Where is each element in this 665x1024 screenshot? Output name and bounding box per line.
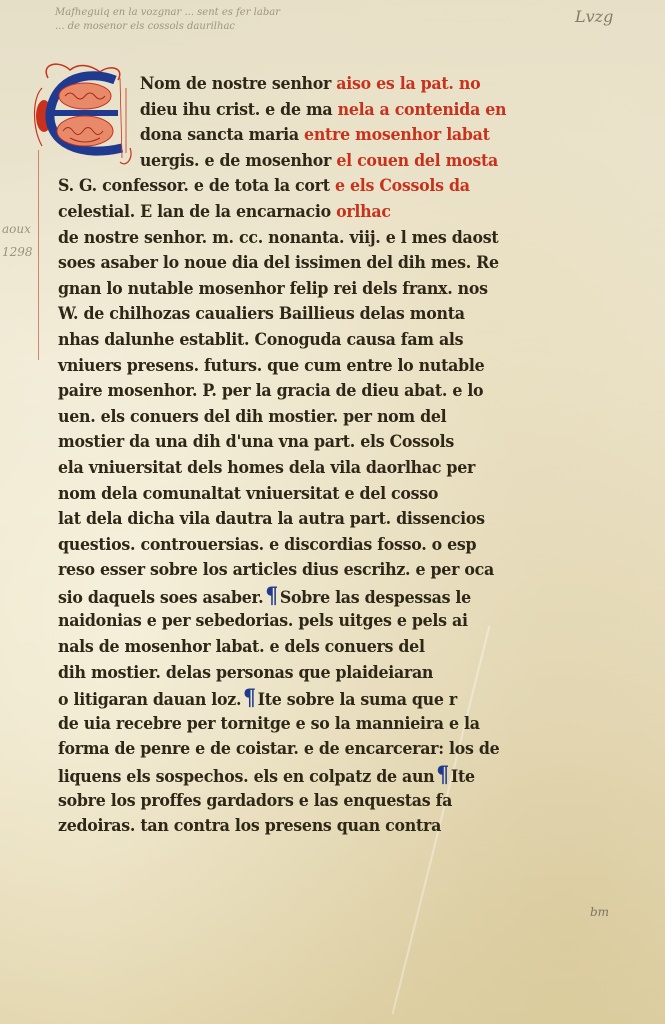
rubric-text: nela a contenida en xyxy=(338,100,507,120)
rubric-text: orlhac xyxy=(336,202,391,222)
text-line: gnan lo nutable mosenhor felip rei dels … xyxy=(58,277,542,303)
text-line: vniuers presens. futurs. que cum entre l… xyxy=(58,354,542,380)
text-line: uen. els conuers del dih mostier. per no… xyxy=(58,405,542,431)
text-line: lat dela dicha vila dautra la autra part… xyxy=(58,507,542,533)
text-line: dona sancta maria entre mosenhor labat xyxy=(58,123,542,149)
bottom-pencil-note: bm xyxy=(590,905,609,919)
red-pen-flourish xyxy=(38,150,39,360)
text-line: forma de penre e de coistar. e de encarc… xyxy=(58,737,542,763)
text-line: zedoiras. tan contra los presens quan co… xyxy=(58,814,542,840)
blue-paragraph-mark-icon: ¶ xyxy=(436,763,449,789)
text-line: de uia recebre per tornitge e so la mann… xyxy=(58,712,542,738)
rubric-text: e els Cossols da xyxy=(335,176,470,196)
text-line: mostier da una dih d'una vna part. els C… xyxy=(58,430,542,456)
text-line: sobre los proffes gardadors e las enques… xyxy=(58,789,542,815)
text-line: nom dela comunaltat vniuersitat e del co… xyxy=(58,482,542,508)
top-annotation: Mafheguiq en la vozgnar ... sent es fer … xyxy=(55,6,615,34)
rubric-text: aiso es la pat. no xyxy=(336,74,480,94)
text-line: dieu ihu crist. e de ma nela a contenida… xyxy=(58,98,542,124)
text-line: celestial. E lan de la encarnacio orlhac xyxy=(58,200,542,226)
text-line: de nostre senhor. m. cc. nonanta. viij. … xyxy=(58,226,542,252)
text-line: nals de mosenhor labat. e dels conuers d… xyxy=(58,635,542,661)
text-line: liquens els sospechos. els en colpatz de… xyxy=(58,763,542,789)
blue-paragraph-mark-icon: ¶ xyxy=(265,584,278,610)
margin-note-month: aoux xyxy=(2,222,31,236)
rubric-text: entre mosenhor labat xyxy=(304,125,490,145)
text-line: nhas dalunhe establit. Conoguda causa fa… xyxy=(58,328,542,354)
blue-paragraph-mark-icon: ¶ xyxy=(243,686,256,712)
text-line: Nom de nostre senhor aiso es la pat. no xyxy=(58,72,542,98)
manuscript-page: Mafheguiq en la vozgnar ... sent es fer … xyxy=(0,0,665,1024)
text-line: questios. controuersias. e discordias fo… xyxy=(58,533,542,559)
text-line: reso esser sobre los articles dius escri… xyxy=(58,558,542,584)
text-line: W. de chilhozas caualiers Baillieus dela… xyxy=(58,302,542,328)
text-line: uergis. e de mosenhor el couen del mosta xyxy=(58,149,542,175)
folio-mark: Lvzg xyxy=(575,10,613,24)
text-line: S. G. confessor. e de tota la cort e els… xyxy=(58,174,542,200)
text-line: paire mosenhor. P. per la gracia de dieu… xyxy=(58,379,542,405)
text-line: o litigaran dauan loz.¶Ite sobre la suma… xyxy=(58,686,542,712)
rubric-text: el couen del mosta xyxy=(336,151,498,171)
text-line: sio daquels soes asaber.¶Sobre las despe… xyxy=(58,584,542,610)
margin-note-year: 1298 xyxy=(2,245,33,259)
text-line: naidonias e per sebedorias. pels uitges … xyxy=(58,609,542,635)
text-line: ela vniuersitat dels homes dela vila dao… xyxy=(58,456,542,482)
main-text-block: Nom de nostre senhor aiso es la pat. no … xyxy=(58,72,578,840)
text-line: dih mostier. delas personas que plaideia… xyxy=(58,661,542,687)
annotation-line-2: ... de mosenor els cossols daurilhac xyxy=(55,20,615,34)
text-line: soes asaber lo noue dia del issimen del … xyxy=(58,251,542,277)
annotation-line-1: Mafheguiq en la vozgnar ... sent es fer … xyxy=(55,6,615,20)
